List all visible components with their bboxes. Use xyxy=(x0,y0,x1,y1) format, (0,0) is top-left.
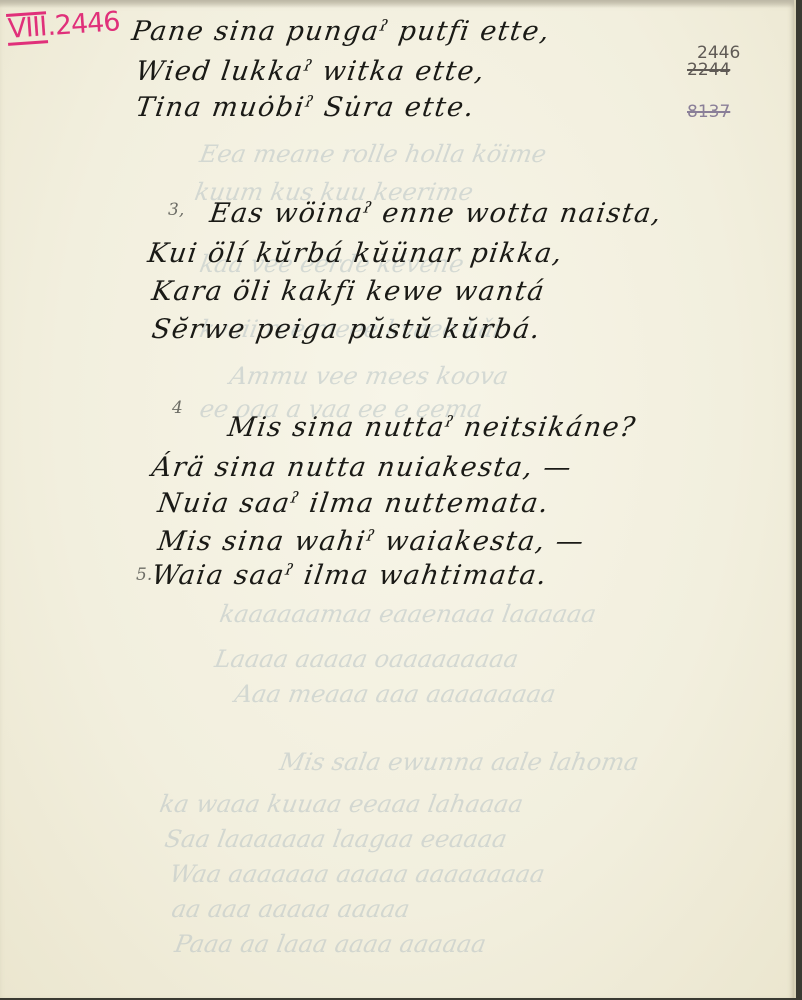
stanza-number: 4 xyxy=(172,398,183,418)
verse-line: Mis sina nuttaˀ neitsikáne? xyxy=(226,412,639,443)
bleed-through-line: Eea meane rolle holla köime xyxy=(198,140,549,168)
paper-top-edge xyxy=(0,0,794,8)
verse-line: Kui ölí kŭrbá kŭünar pikka, xyxy=(146,238,565,269)
bleed-through-line: aa aaa aaaaa aaaaa xyxy=(170,895,412,923)
bleed-through-line: Paaa aa laaa aaaa aaaaaa xyxy=(173,930,489,958)
archive-item-number: .2446 xyxy=(46,6,120,42)
verse-line: Wied lukkaˀ witka ette, xyxy=(134,56,487,87)
inventory-number-struck: 8137 xyxy=(687,102,730,122)
verse-line: Sĕrwe peiga pŭstŭ kŭrbá. xyxy=(150,314,543,345)
bleed-through-line: Aaa meaaa aaa aaaaaaaaa xyxy=(233,680,558,708)
bleed-through-line: Waa aaaaaaa aaaaa aaaaaaaaa xyxy=(168,860,548,888)
bleed-through-line: Mis sala ewunna aale lahoma xyxy=(278,748,642,776)
verse-line: Tina muȯbiˀ Su̇ra ette. xyxy=(134,92,477,123)
bleed-through-line: Laaaa aaaaa oaaaaaaaaa xyxy=(213,645,521,673)
verse-line: Árä sina nutta nuiakesta, — xyxy=(150,452,574,483)
verse-line: Mis sina wahiˀ waiakesta, — xyxy=(156,526,587,557)
verse-line: Nuia saaˀ ilma nuttemata. xyxy=(156,488,552,519)
bleed-through-line: kaaaaaamaa eaaenaaa laaaaaa xyxy=(218,600,599,628)
stanza-number: 5. xyxy=(136,565,152,585)
archive-collection-roman: VIII xyxy=(6,11,48,46)
bleed-through-line: ka waaa kuuaa eeaaa lahaaaa xyxy=(158,790,526,818)
verse-line: Eas wöinaˀ enne wotta naista, xyxy=(208,198,664,229)
verse-line: Kara öli kakfi kewe wantá xyxy=(150,276,547,307)
inventory-number-struck: 2244 xyxy=(687,60,730,80)
verse-line: Waia saaˀ ilma wahtimata. xyxy=(150,560,550,591)
verse-line: Pane sina pungaˀ putfi ette, xyxy=(130,16,552,47)
bleed-through-line: Saa laaaaaaa laagaa eeaaaa xyxy=(163,825,510,853)
stanza-number: 3, xyxy=(168,200,184,220)
bleed-through-line: Ammu vee mees koova xyxy=(228,362,511,390)
archive-reference-code: VIII.2446 xyxy=(6,6,121,46)
manuscript-page: Eea meane rolle holla köime kuum kus ku… xyxy=(0,0,796,998)
